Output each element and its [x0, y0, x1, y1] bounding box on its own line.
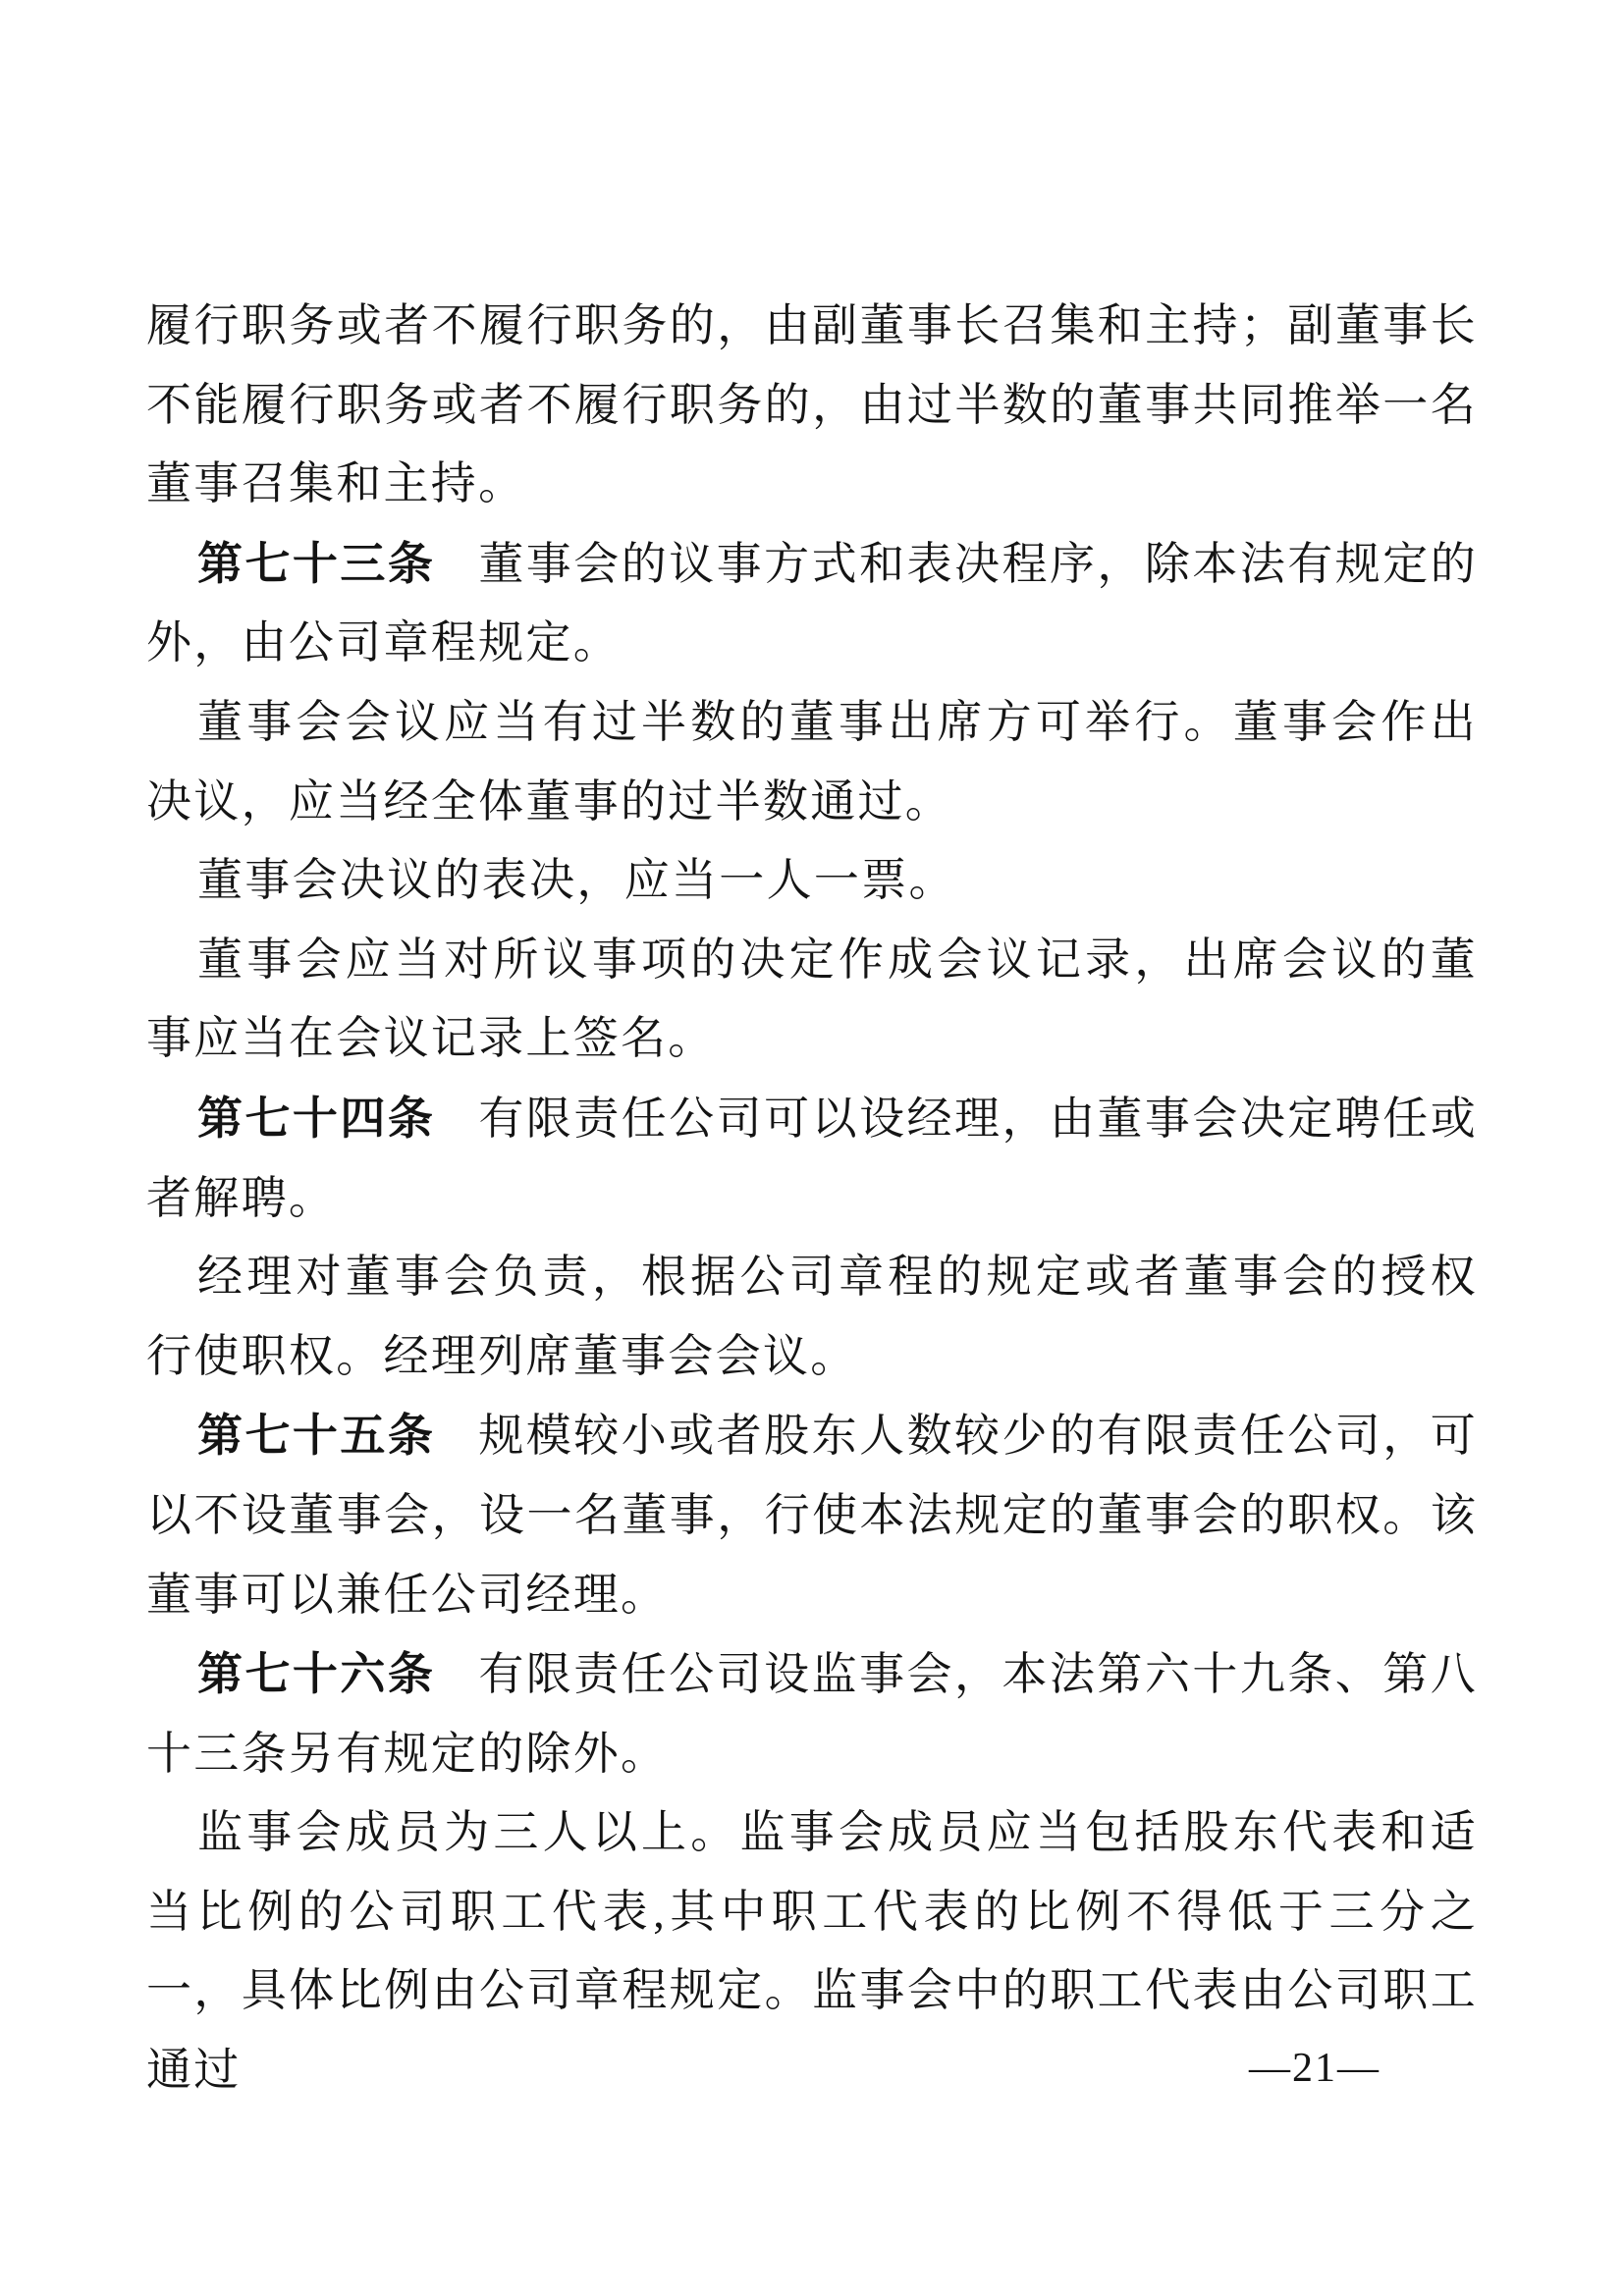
document-page: 履行职务或者不履行职务的，由副董事长召集和主持；副董事长不能履行职务或者不履行职… [0, 0, 1624, 2296]
paragraph: 第七十三条董事会的议事方式和表决程序，除本法有规定的外，由公司章程规定。 [146, 524, 1478, 683]
paragraph-text: 董事会会议应当有过半数的董事出席方可举行。董事会作出决议，应当经全体董事的过半数… [146, 697, 1478, 827]
paragraph: 履行职务或者不履行职务的，由副董事长召集和主持；副董事长不能履行职务或者不履行职… [146, 287, 1478, 524]
paragraph-text: 董事会决议的表决，应当一人一票。 [197, 855, 956, 905]
paragraph-text: 董事会应当对所议事项的决定作成会议记录，出席会议的董事应当在会议记录上签名。 [146, 934, 1478, 1064]
paragraph: 第七十五条规模较小或者股东人数较少的有限责任公司，可以不设董事会，设一名董事，行… [146, 1396, 1478, 1634]
paragraph: 经理对董事会负责，根据公司章程的规定或者董事会的授权行使职权。经理列席董事会会议… [146, 1238, 1478, 1396]
paragraph: 董事会应当对所议事项的决定作成会议记录，出席会议的董事应当在会议记录上签名。 [146, 921, 1478, 1079]
paragraph: 董事会会议应当有过半数的董事出席方可举行。董事会作出决议，应当经全体董事的过半数… [146, 683, 1478, 841]
paragraph-text: 经理对董事会负责，根据公司章程的规定或者董事会的授权行使职权。经理列席董事会会议… [146, 1252, 1478, 1381]
page-number: —21— [1086, 2045, 1380, 2092]
article-number: 第七十五条 [197, 1410, 435, 1461]
paragraph: 第七十四条有限责任公司可以设经理，由董事会决定聘任或者解聘。 [146, 1079, 1478, 1238]
article-number: 第七十四条 [197, 1093, 435, 1144]
paragraph: 董事会决议的表决，应当一人一票。 [146, 841, 1478, 921]
article-number: 第七十六条 [197, 1648, 435, 1699]
document-body: 履行职务或者不履行职务的，由副董事长召集和主持；副董事长不能履行职务或者不履行职… [146, 287, 1478, 2110]
article-number: 第七十三条 [197, 538, 435, 589]
paragraph-text: 履行职务或者不履行职务的，由副董事长召集和主持；副董事长不能履行职务或者不履行职… [146, 300, 1478, 508]
paragraph: 第七十六条有限责任公司设监事会，本法第六十九条、第八十三条另有规定的除外。 [146, 1634, 1478, 1793]
